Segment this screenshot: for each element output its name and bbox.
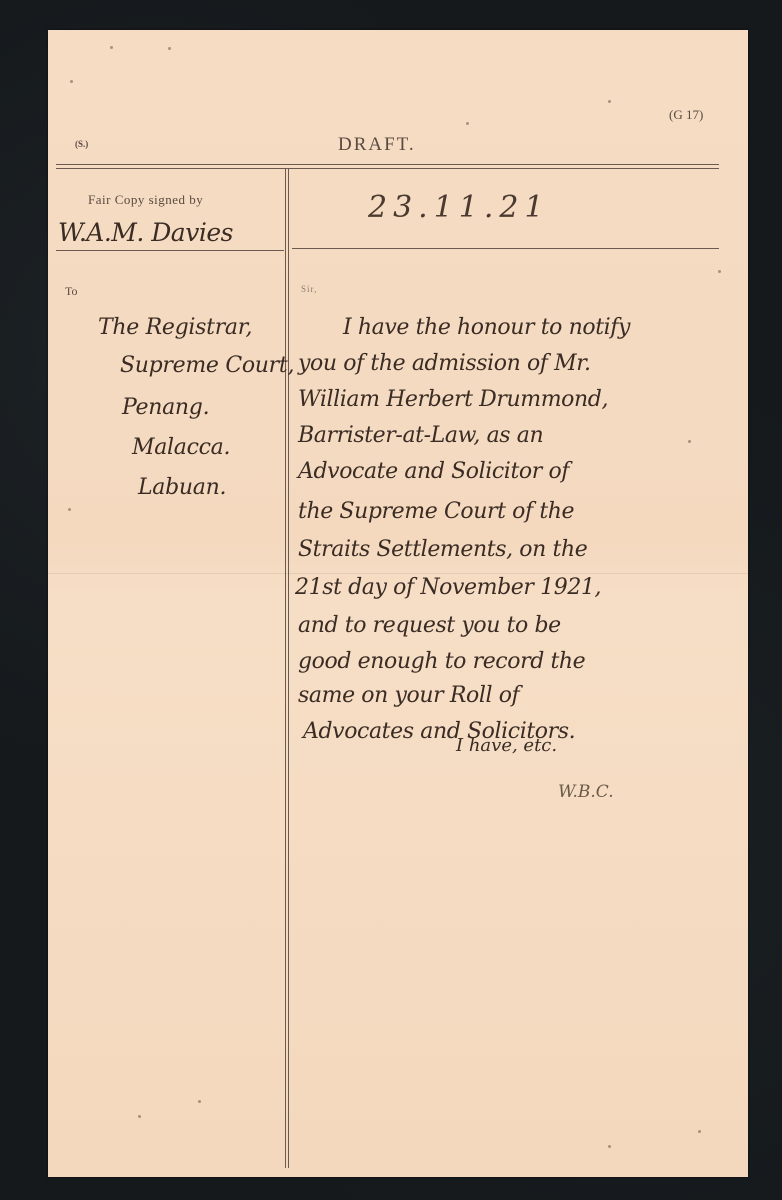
letter-line: William Herbert Drummond, [298,387,608,412]
addressee-line: Penang. [122,395,209,420]
paper-speck [688,440,691,443]
signature-rule [56,250,284,251]
addressee-line: The Registrar, [98,315,252,340]
draft-date: 23.11.21 [368,190,550,225]
letter-line: and to request you to be [298,613,561,638]
signed-by-signature: W.A.M. Davies [58,218,233,247]
paper-speck [608,100,611,103]
draft-document: (S.) (G 17) DRAFT. Fair Copy signed by W… [48,30,748,1177]
letter-line: same on your Roll of [298,683,519,708]
letter-line: the Supreme Court of the [298,499,574,524]
paper-speck [198,1100,201,1103]
letter-line: you of the admission of Mr. [298,351,591,376]
paper-speck [110,46,113,49]
letter-closing: I have, etc. [456,735,557,756]
paper-speck [168,47,171,50]
form-code-right: (G 17) [669,107,703,123]
paper-speck [718,270,721,273]
letter-line: Barrister-at-Law, as an [298,423,543,448]
to-label: To [65,284,78,299]
paper-speck [698,1130,701,1133]
date-rule [292,248,719,249]
column-divider [285,168,286,1168]
addressee-line: Supreme Court, [120,353,294,378]
letter-line: 21st day of November 1921, [295,575,601,600]
column-divider [288,168,289,1168]
header-rule [56,168,719,169]
addressee-line: Labuan. [138,475,226,500]
initials-mark: W.B.C. [558,782,614,802]
addressee-line: Malacca. [132,435,230,460]
document-title: DRAFT. [338,134,416,156]
form-code-left: (S.) [75,139,88,149]
letter-line: Straits Settlements, on the [298,537,587,562]
fair-copy-label: Fair Copy signed by [88,192,203,208]
paper-speck [68,508,71,511]
paper-speck [466,122,469,125]
letter-line: good enough to record the [298,649,585,674]
salutation-label: Sir, [301,284,317,294]
letter-line: Advocate and Solicitor of [298,459,569,484]
header-rule [56,164,719,165]
paper-speck [608,1145,611,1148]
paper-speck [138,1115,141,1118]
letter-line: I have the honour to notify [343,315,630,340]
paper-speck [70,80,73,83]
